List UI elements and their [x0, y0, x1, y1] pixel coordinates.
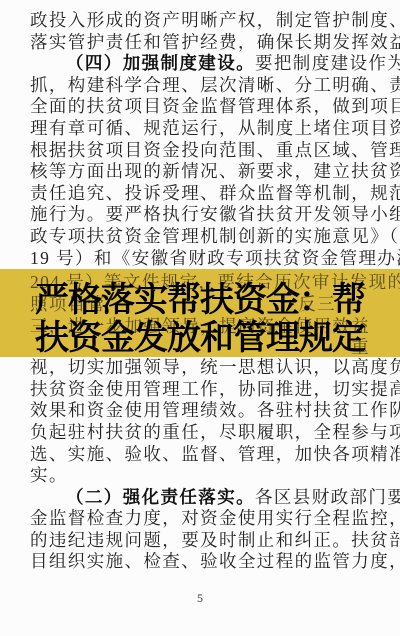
text-block-lower: 视，切实加强领导，统一思想认识，以高度负责的精神抓好 扶贫资金使用管理工作，协同… — [0, 357, 400, 573]
line-text: 负起驻村扶贫的重任，尽职履职，全程参与项目的规划、筛 — [30, 422, 400, 442]
overlay-title: 严格落实帮扶资金：帮 扶资金发放和管理规定 — [0, 282, 400, 357]
text-line: 负起驻村扶贫的重任，尽职履职，全程参与项目的规划、筛 — [30, 422, 370, 444]
text-line: 效果和资金使用管理绩效。各驻村扶贫工作队队长要切实担 — [30, 400, 370, 422]
line-text: 目组织实施、检查、验收全过程的监管力度，切实履行扶贫 — [30, 551, 400, 571]
text-line: 责任追究、投诉受理、群众监督等机制，规范项目管理和实 — [30, 183, 370, 205]
text-line: 视，切实加强领导，统一思想认识，以高度负责的精神抓好 — [30, 357, 370, 379]
page-number: 5 — [0, 591, 400, 606]
line-text: 要把制度建设作为基础性工作来 — [255, 53, 400, 73]
line-text: 选、实施、验收、监督、管理，加快各项精准帮扶措施的落 — [30, 444, 400, 464]
line-text: 视，切实加强领导，统一思想认识，以高度负责的精神抓好 — [30, 357, 400, 377]
text-line: 抓，构建科学合理、层次清晰、分工明确、责任落实、覆盖 — [30, 75, 370, 97]
text-line-section-heading: （二）强化责任落实。各区县财政部门要加大对扶贫资 — [30, 487, 370, 509]
text-line: 政投入形成的资产明晰产权，制定管护制度、明确管护方式、 — [30, 10, 370, 32]
text-line: 19 号）和《安徽省财政专项扶贫资金管理办法》（财农〔2012〕 — [30, 248, 370, 270]
text-line: 理有章可循、规范运行，从制度上堵住项目资金管理漏洞。 — [30, 118, 370, 140]
line-text: 效果和资金使用管理绩效。各驻村扶贫工作队队长要切实担 — [30, 400, 400, 420]
text-line: 目组织实施、检查、验收全过程的监管力度，切实履行扶贫 — [30, 551, 370, 573]
text-line: 政专项扶贫资金管理机制创新的实施意见》（皖扶组〔2014〕 — [30, 226, 370, 248]
text-line: 施行为。要严格执行安徽省扶贫开发领导小组《关于改革财 — [30, 204, 370, 226]
text-line: 实。 — [30, 465, 370, 487]
text-line: 扶贫资金使用管理工作，协同推进，切实提高扶贫项目实施 — [30, 379, 370, 401]
line-text: 理有章可循、规范运行，从制度上堵住项目资金管理漏洞。 — [30, 118, 400, 138]
line-text: 政专项扶贫资金管理机制创新的实施意见》（皖扶组〔2014〕 — [30, 226, 400, 246]
section-heading-bold: （四）加强制度建设。 — [66, 53, 255, 73]
text-line: 选、实施、验收、监督、管理，加快各项精准帮扶措施的落 — [30, 444, 370, 466]
document-page: 政投入形成的资产明晰产权，制定管护制度、明确管护方式、 落实管护责任和管护经费，… — [0, 0, 400, 636]
line-text: 施行为。要严格执行安徽省扶贫开发领导小组《关于改革财 — [30, 204, 400, 224]
line-text: 落实管护责任和管护经费，确保长期发挥效益。 — [30, 32, 400, 52]
line-text: 责任追究、投诉受理、群众监督等机制，规范项目管理和实 — [30, 183, 400, 203]
line-text: 19 号）和《安徽省财政专项扶贫资金管理办法》（财农〔2012〕 — [30, 248, 400, 268]
text-line: 核等方面出现的新情况、新要求，建立扶贫资金绩效考评、 — [30, 161, 370, 183]
line-text: 核等方面出现的新情况、新要求，建立扶贫资金绩效考评、 — [30, 161, 400, 181]
line-text: 各区县财政部门要加大对扶贫资 — [255, 487, 400, 507]
line-text: 金监督检查力度，对资金使用实行全程监控，对检查中发现 — [30, 508, 400, 528]
text-block-upper: 政投入形成的资产明晰产权，制定管护制度、明确管护方式、 落实管护责任和管护经费，… — [0, 0, 400, 269]
line-text: 抓，构建科学合理、层次清晰、分工明确、责任落实、覆盖 — [30, 75, 400, 95]
line-text: 扶贫资金使用管理工作，协同推进，切实提高扶贫项目实施 — [30, 379, 400, 399]
line-text: 全面的扶贫项目资金监督管理体系，做到项目执行和资金管 — [30, 96, 400, 116]
text-line: 全面的扶贫项目资金监督管理体系，做到项目执行和资金管 — [30, 96, 370, 118]
section-heading-bold: （二）强化责任落实。 — [66, 487, 255, 507]
line-text: 实。 — [30, 465, 68, 485]
text-line-section-heading: （四）加强制度建设。要把制度建设作为基础性工作来 — [30, 53, 370, 75]
line-text: 的违纪违规问题，要及时制止和纠正。扶贫部门要加大对项 — [30, 530, 400, 550]
overlay-title-line-2: 扶资金发放和管理规定 — [0, 320, 400, 358]
line-text: 政投入形成的资产明晰产权，制定管护制度、明确管护方式、 — [30, 10, 400, 30]
text-line: 的违纪违规问题，要及时制止和纠正。扶贫部门要加大对项 — [30, 530, 370, 552]
text-line: 金监督检查力度，对资金使用实行全程监控，对检查中发现 — [30, 508, 370, 530]
text-line: 根据扶贫项目资金投向范围、重点区域、管理规定、工作考 — [30, 140, 370, 162]
overlay-band: 204 号）等文件规定，要结合历次审计发现的问题，认真对 照项目管一反三 三，进… — [0, 269, 400, 357]
line-text: 根据扶贫项目资金投向范围、重点区域、管理规定、工作考 — [30, 140, 400, 160]
overlay-title-line-1: 严格落实帮扶资金：帮 — [0, 282, 400, 320]
text-line: 落实管护责任和管护经费，确保长期发挥效益。 — [30, 32, 370, 54]
